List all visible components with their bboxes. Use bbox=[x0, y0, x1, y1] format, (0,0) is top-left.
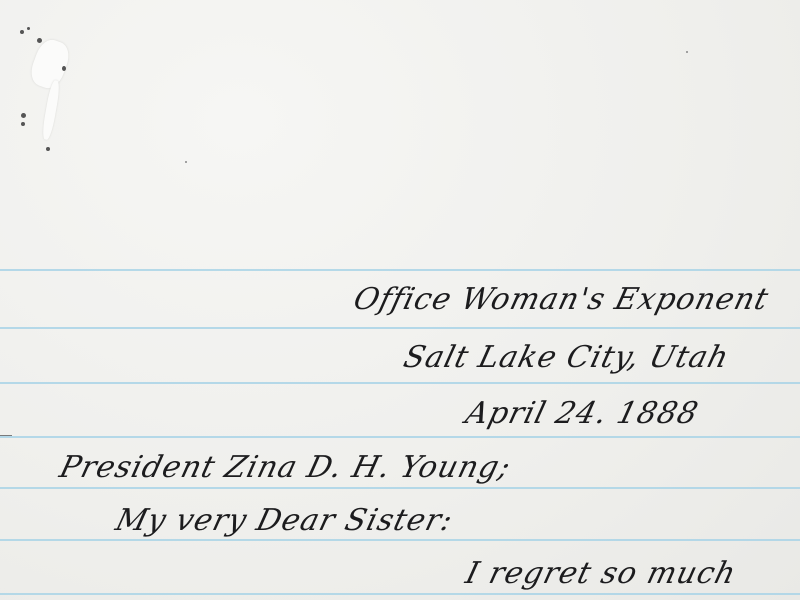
ink-speck bbox=[37, 38, 42, 43]
ink-speck bbox=[27, 27, 30, 30]
ink-speck bbox=[21, 113, 26, 118]
ruled-line bbox=[0, 382, 800, 384]
ruled-line bbox=[0, 539, 800, 541]
ruled-line bbox=[0, 269, 800, 271]
letter-page: Office Woman's Exponent Salt Lake City, … bbox=[0, 0, 800, 600]
ink-speck bbox=[686, 51, 688, 53]
ruled-line bbox=[0, 327, 800, 329]
paper-tear-hole bbox=[27, 36, 73, 92]
letter-date: April 24. 1888 bbox=[462, 396, 702, 431]
ruled-line bbox=[0, 487, 800, 489]
addressee-line: President Zina D. H. Young; bbox=[56, 450, 515, 485]
ink-speck bbox=[46, 147, 50, 151]
heading-office: Office Woman's Exponent bbox=[350, 282, 772, 317]
ruled-line bbox=[0, 593, 800, 595]
greeting-line: My very Dear Sister: bbox=[112, 503, 457, 538]
body-first-line: I regret so much bbox=[462, 556, 740, 591]
margin-tick-mark bbox=[0, 435, 12, 436]
paper-tear-hole bbox=[41, 80, 61, 141]
ink-speck bbox=[20, 30, 24, 34]
ruled-line bbox=[0, 436, 800, 438]
ink-speck bbox=[185, 161, 187, 163]
ink-speck bbox=[62, 66, 66, 71]
ink-speck bbox=[21, 122, 25, 126]
heading-location: Salt Lake City, Utah bbox=[400, 340, 733, 375]
